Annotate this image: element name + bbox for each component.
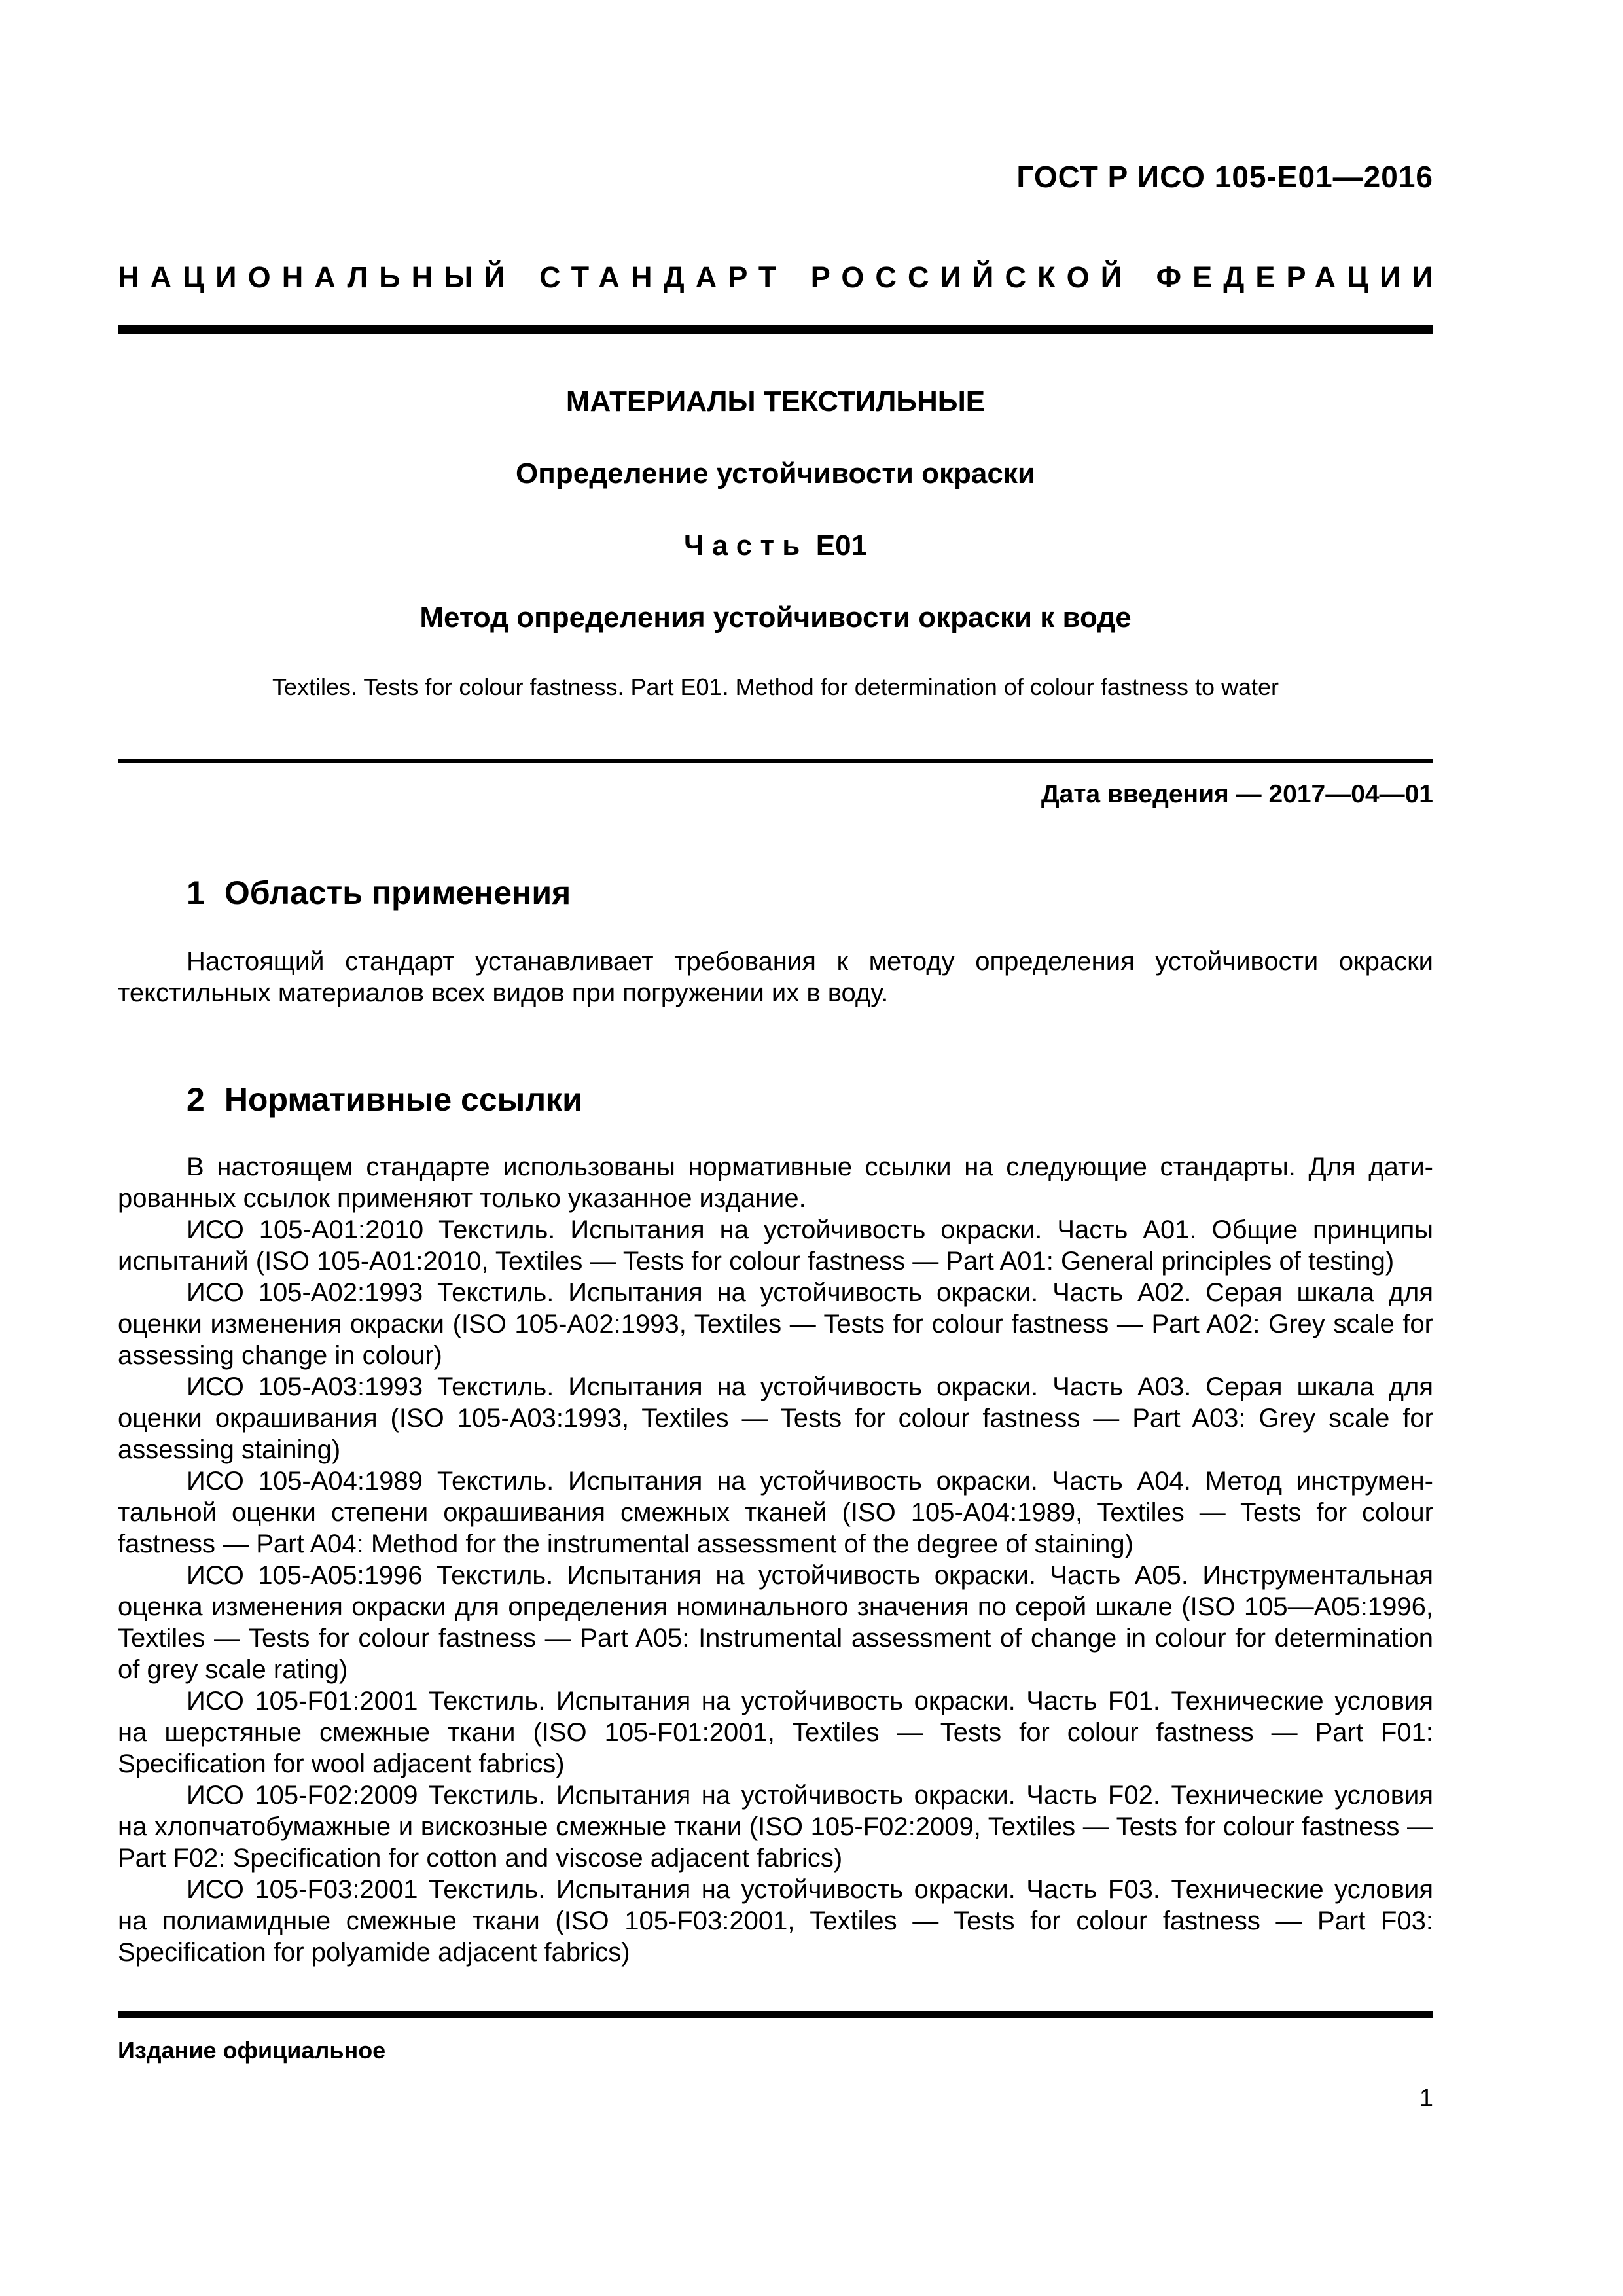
reference-item: ИСО 105-А02:1993 Текстиль. Испытания на … [118, 1277, 1433, 1371]
section-1-number: 1 [187, 874, 205, 911]
banner-word: НАЦИОНАЛЬНЫЙ [118, 260, 516, 295]
section-2-title: Нормативные ссылки [224, 1081, 582, 1118]
footer-rule [118, 2011, 1433, 2018]
section-1-title: Область применения [224, 874, 571, 911]
edition-note: Издание официальное [118, 2037, 385, 2064]
reference-item: ИСО 105-F03:2001 Текстиль. Испытания на … [118, 1874, 1433, 1968]
section-1-paragraph: Настоящий стандарт устанавливает требова… [118, 946, 1433, 1009]
section-1-heading: 1Область применения [118, 874, 1433, 912]
section-2-intro: В настоящем стандарте использованы норма… [118, 1151, 1433, 1214]
banner-word: ФЕДЕРАЦИИ [1156, 260, 1445, 295]
title-main: МАТЕРИАЛЫ ТЕКСТИЛЬНЫЕ [118, 385, 1433, 419]
header-rule [118, 325, 1433, 334]
reference-item: ИСО 105-А05:1996 Текстиль. Испытания на … [118, 1560, 1433, 1685]
title-english: Textiles. Tests for colour fastness. Par… [118, 673, 1433, 702]
reference-item: ИСО 105-А04:1989 Текстиль. Испытания на … [118, 1465, 1433, 1560]
banner-word: СТАНДАРТ [539, 260, 787, 295]
banner-word: РОССИЙСКОЙ [811, 260, 1133, 295]
section-2-number: 2 [187, 1081, 205, 1118]
title-method: Метод определения устойчивости окраски к… [118, 601, 1433, 635]
reference-item: ИСО 105-F01:2001 Текстиль. Испытания на … [118, 1685, 1433, 1780]
section-2-heading: 2Нормативные ссылки [118, 1081, 1433, 1119]
national-standard-banner: НАЦИОНАЛЬНЫЙ СТАНДАРТ РОССИЙСКОЙ ФЕДЕРАЦ… [118, 260, 1433, 295]
reference-item: ИСО 105-А03:1993 Текстиль. Испытания на … [118, 1371, 1433, 1465]
title-block: МАТЕРИАЛЫ ТЕКСТИЛЬНЫЕ Определение устойч… [118, 385, 1433, 702]
reference-item: ИСО 105-F02:2009 Текстиль. Испытания на … [118, 1780, 1433, 1874]
document-body: 1Область применения Настоящий стандарт у… [118, 874, 1433, 1968]
reference-item: ИСО 105-А01:2010 Текстиль. Испытания на … [118, 1214, 1433, 1277]
title-part: Ч а с т ь Е01 [118, 529, 1433, 563]
document-page: ГОСТ Р ИСО 105-Е01—2016 НАЦИОНАЛЬНЫЙ СТА… [0, 0, 1623, 2296]
page-number: 1 [118, 2085, 1433, 2113]
title-rule [118, 759, 1433, 763]
title-subject: Определение устойчивости окраски [118, 457, 1433, 491]
effective-date: Дата введения — 2017—04—01 [118, 780, 1433, 809]
doc-number: ГОСТ Р ИСО 105-Е01—2016 [118, 159, 1433, 194]
